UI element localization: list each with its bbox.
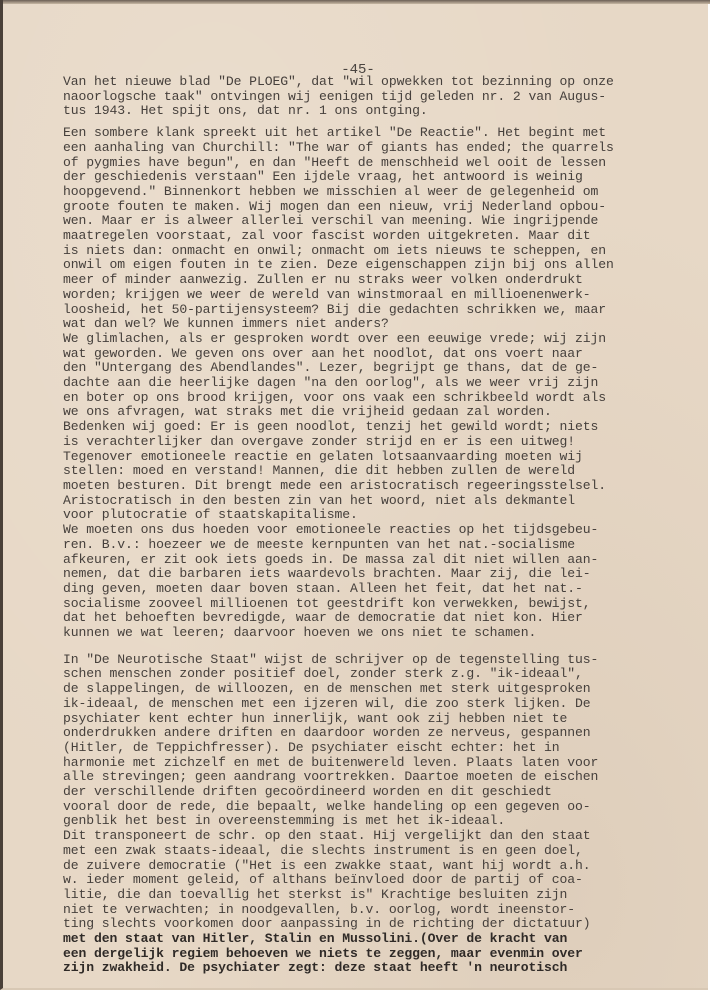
- text-line: ting slechts voorkomen door aanpassing i…: [63, 917, 703, 932]
- text-line: In "De Neurotische Staat" wijst de schri…: [63, 653, 703, 668]
- paragraph-de-ploeg: Van het nieuwe blad "De PLOEG", dat "wil…: [63, 75, 703, 119]
- paragraph-bedenken: Bedenken wij goed: Er is geen noodlot, t…: [63, 420, 703, 523]
- text-line: wat geworden. We geven ons over aan het …: [63, 347, 703, 362]
- text-line: de slappelingen, de willoozen, en de men…: [63, 682, 703, 697]
- text-line: nemen, dat die barbaren iets waardevols …: [63, 567, 703, 582]
- text-line: maatregelen voorstaat, zal voor fascist …: [63, 229, 703, 244]
- text-line: we ons afvragen, wat straks met die vrij…: [63, 405, 703, 420]
- text-line: hoopgevend." Binnenkort hebben we missch…: [63, 185, 703, 200]
- paragraph-glimlachen: We glimlachen, als er gesproken wordt ov…: [63, 332, 703, 420]
- text-line: kunnen we wat leeren; daarvoor hoeven we…: [63, 626, 703, 641]
- text-line: ik-ideaal, de menschen met een ijzeren w…: [63, 697, 703, 712]
- text-line: wat dan wel? We kunnen immers niet ander…: [63, 317, 703, 332]
- text-line: voor plutocratie of staatskapitalisme.: [63, 508, 703, 523]
- text-line-dark: een dergelijk regiem behoeven we niets t…: [63, 947, 703, 962]
- text-line: is verachterlijker dan overgave zonder s…: [63, 435, 703, 450]
- text-line: is niets dan: onmacht en onwil; onmacht …: [63, 244, 703, 259]
- text-line: vooral door de rede, die bepaalt, welke …: [63, 800, 703, 815]
- text-line: onwil om eigen fouten in te zien. Deze e…: [63, 258, 703, 273]
- paragraph-hoeden: We moeten ons dus hoeden voor emotioneel…: [63, 523, 703, 641]
- text-line: w. ieder moment geleid, of althans beïnv…: [63, 873, 703, 888]
- paragraph-de-reactie: Een sombere klank spreekt uit het artike…: [63, 126, 703, 332]
- paragraph-neurotische-staat: In "De Neurotische Staat" wijst de schri…: [63, 653, 703, 829]
- text-line: schen menschen zonder positief doel, zon…: [63, 667, 703, 682]
- text-line: stellen: moed en verstand! Mannen, die d…: [63, 464, 703, 479]
- text-line-dark: zijn zwakheid. De psychiater zegt: deze …: [63, 961, 703, 976]
- text-line: Een sombere klank spreekt uit het artike…: [63, 126, 703, 141]
- text-line: Dit transponeert de schr. op den staat. …: [63, 829, 703, 844]
- text-line: onderdrukken andere driften en daardoor …: [63, 726, 703, 741]
- text-line: ding geven, moeten daar boven staan. All…: [63, 582, 703, 597]
- text-line: naoorlogsche taak" ontvingen wij eenigen…: [63, 90, 703, 105]
- text-line-dark: met den staat van Hitler, Stalin en Muss…: [63, 932, 703, 947]
- text-line: Van het nieuwe blad "De PLOEG", dat "wil…: [63, 75, 703, 90]
- text-line: of pygmies have begun", en dan "Heeft de…: [63, 156, 703, 171]
- text-line: ren. B.v.: hoezeer we de meeste kernpunt…: [63, 538, 703, 553]
- document-page: -45- Van het nieuwe blad "De PLOEG", dat…: [0, 0, 708, 990]
- text-line: afkeuren, er zit ook iets goeds in. De m…: [63, 553, 703, 568]
- text-line: We glimlachen, als er gesproken wordt ov…: [63, 332, 703, 347]
- text-line: dachte aan die heerlijke dagen "na den o…: [63, 376, 703, 391]
- text-line: een aanhaling van Churchill: "The war of…: [63, 141, 703, 156]
- paper-top-edge: [3, 0, 710, 4]
- text-line: tus 1943. Het spijt ons, dat nr. 1 ons o…: [63, 104, 703, 119]
- text-line: der geschiedenis verstaan" Een ijdele vr…: [63, 170, 703, 185]
- text-line: den "Untergang des Abendlandes". Lezer, …: [63, 361, 703, 376]
- text-line: Bedenken wij goed: Er is geen noodlot, t…: [63, 420, 703, 435]
- text-line: Aristocratisch in den besten zin van het…: [63, 494, 703, 509]
- text-line: harmonie met zichzelf en met de buitenwe…: [63, 756, 703, 771]
- text-line: wen. Maar er is alweer allerlei verschil…: [63, 214, 703, 229]
- text-line: met een zwak staats-ideaal, die slechts …: [63, 844, 703, 859]
- text-line: niet te verwachten; in noodgevallen, b.v…: [63, 903, 703, 918]
- text-line: psychiater kent echter hun innerlijk, wa…: [63, 712, 703, 727]
- text-line: dat het behoeften bevredigde, waar de de…: [63, 611, 703, 626]
- text-line: loosheid, het 50-partijensysteem? Bij di…: [63, 303, 703, 318]
- text-line: (Hitler, de Teppichfresser). De psychiat…: [63, 741, 703, 756]
- text-line: socialisme zooveel millioenen tot geestd…: [63, 597, 703, 612]
- text-line: litie, die dan toevallig het sterkst is"…: [63, 888, 703, 903]
- text-line: meer of minder aanwezig. Zullen er nu st…: [63, 273, 703, 288]
- text-line: worden; krijgen we weer de wereld van wi…: [63, 288, 703, 303]
- text-line: Tegenover emotioneele reactie en gelaten…: [63, 450, 703, 465]
- text-line: der verschillende driften gecoördineerd …: [63, 785, 703, 800]
- text-line: groote fouten te maken. Wij mogen dan ee…: [63, 200, 703, 215]
- text-line: genblik het best in overeenstemming is m…: [63, 814, 703, 829]
- text-line: en boter op ons brood krijgen, voor ons …: [63, 391, 703, 406]
- text-line: moeten besturen. Dit brengt mede een ari…: [63, 479, 703, 494]
- text-line: de zuivere democratie ("Het is een zwakk…: [63, 859, 703, 874]
- text-line: We moeten ons dus hoeden voor emotioneel…: [63, 523, 703, 538]
- text-line: alle strevingen; geen aandrang voortrekk…: [63, 770, 703, 785]
- typewritten-body: Van het nieuwe blad "De PLOEG", dat "wil…: [63, 75, 703, 976]
- paragraph-transponeert: Dit transponeert de schr. op den staat. …: [63, 829, 703, 976]
